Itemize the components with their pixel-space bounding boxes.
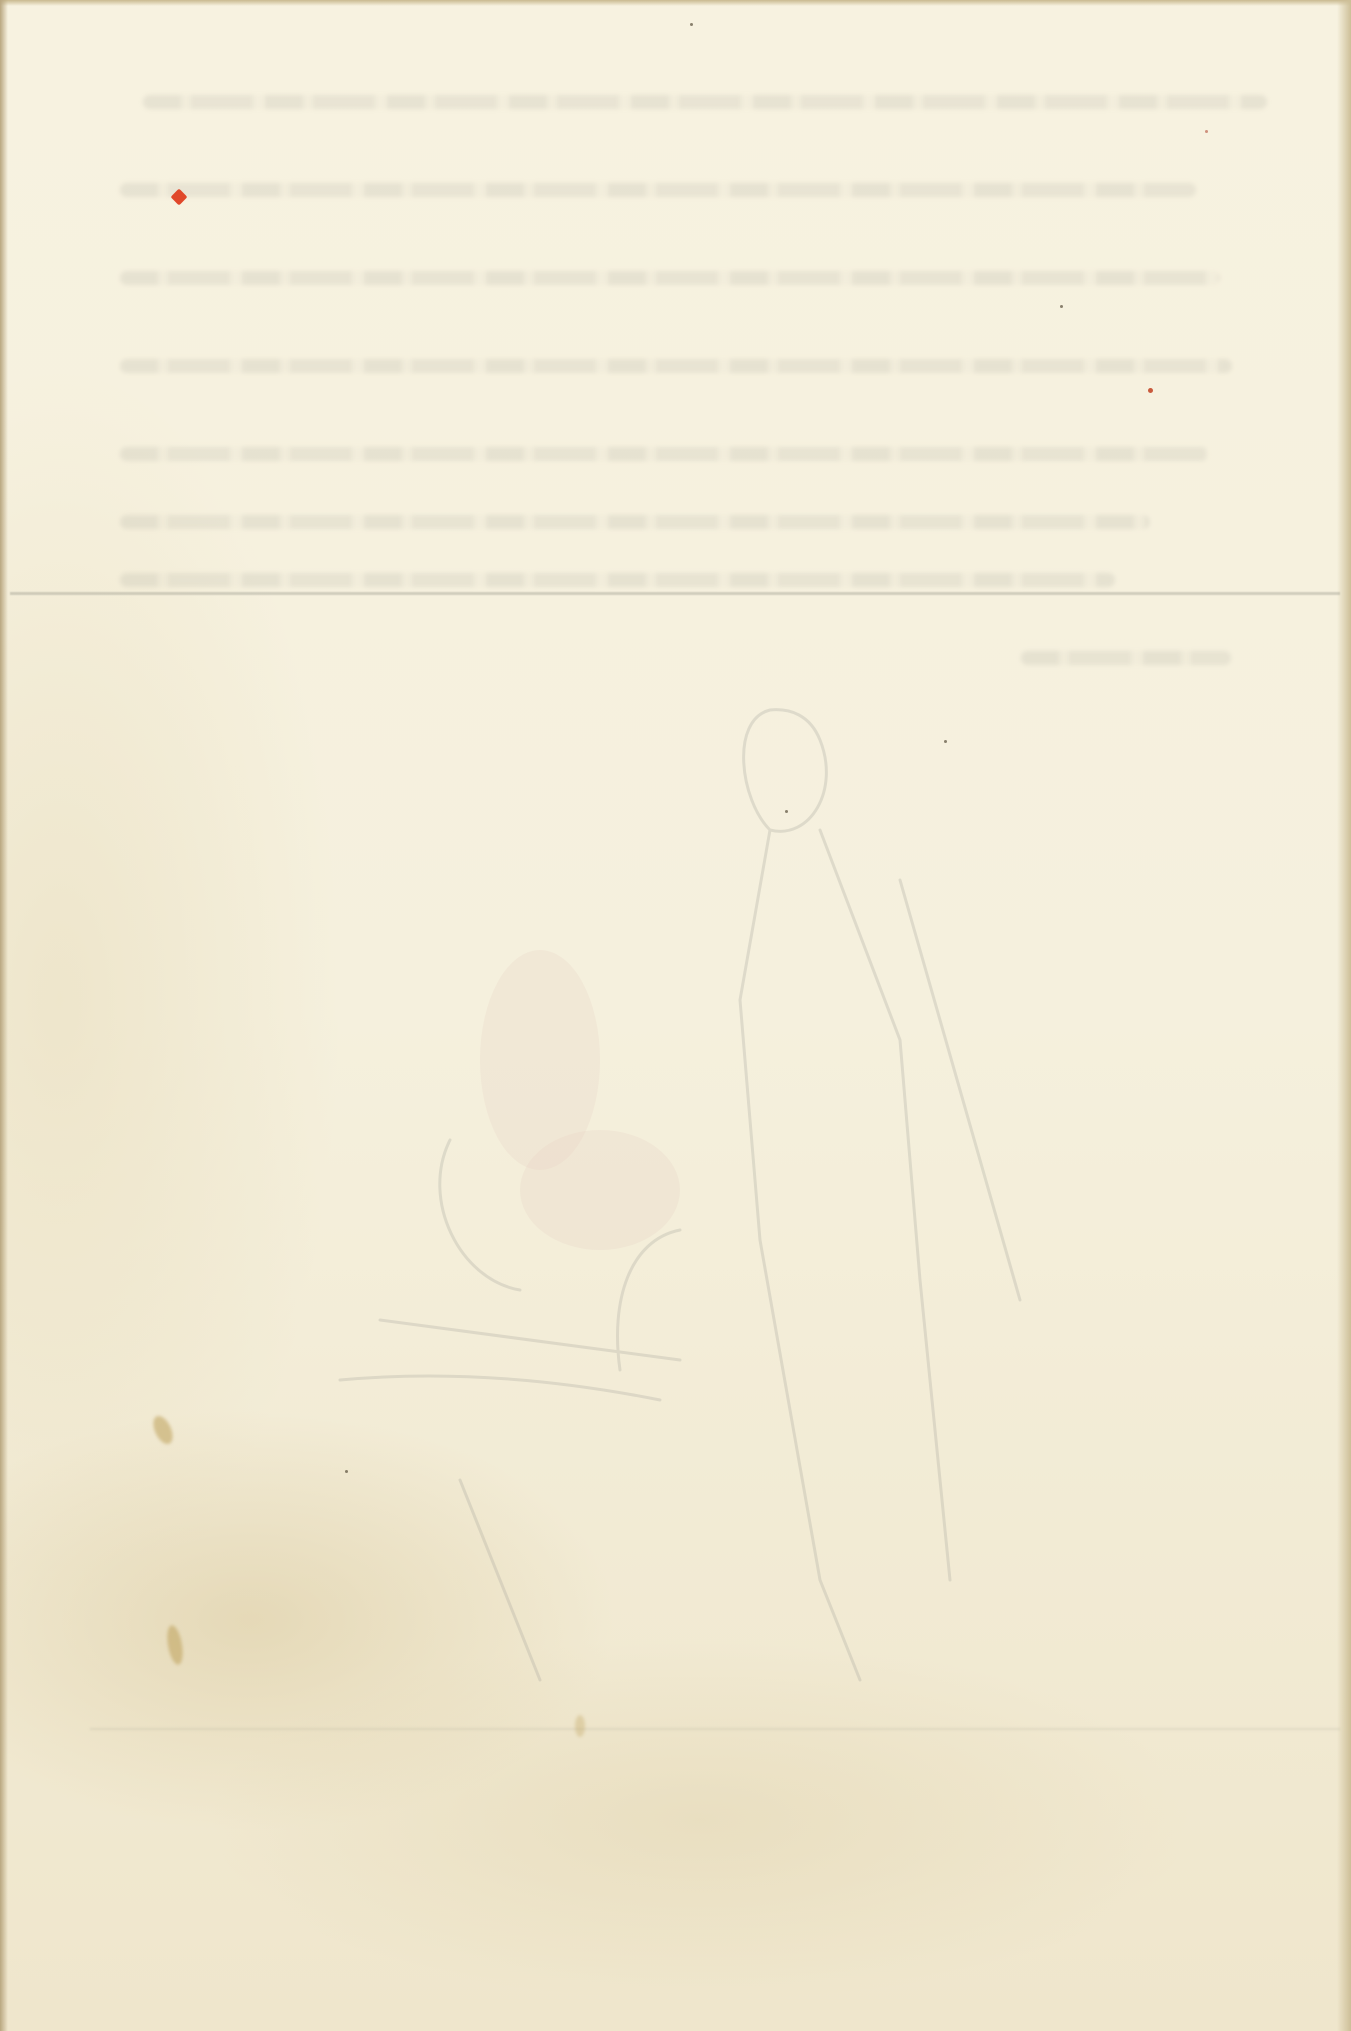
red-ink-speck [1148, 388, 1153, 393]
ghost-figure-illustration [300, 680, 1120, 1780]
ghost-text-line [120, 447, 1208, 461]
paper-speck [1205, 130, 1208, 133]
paper-speck [690, 23, 693, 26]
ghost-text-line [120, 183, 1196, 197]
paper-speck [944, 740, 947, 743]
foxing-stain [575, 1715, 585, 1737]
ghost-text-line [120, 573, 1115, 587]
paper-speck [1060, 305, 1063, 308]
ghost-text-line [120, 359, 1232, 373]
ghost-text-line [143, 95, 1266, 109]
page-right-edge [1337, 0, 1351, 2031]
page-left-edge [0, 0, 8, 2031]
paper-speck [345, 1470, 348, 1473]
horizontal-rule [10, 592, 1340, 595]
ghost-text-line [120, 271, 1220, 285]
paper-page: Paper with show-through of printed text … [0, 0, 1351, 2031]
page-top-edge [0, 0, 1351, 6]
ghost-text-line [120, 515, 1150, 529]
paper-speck [785, 810, 788, 813]
show-through-text-block [120, 95, 1290, 739]
lower-faint-rule [90, 1728, 1340, 1730]
foxing-stain [149, 1413, 176, 1447]
foxing-stain [165, 1624, 186, 1666]
ghost-text-line [1021, 651, 1232, 665]
